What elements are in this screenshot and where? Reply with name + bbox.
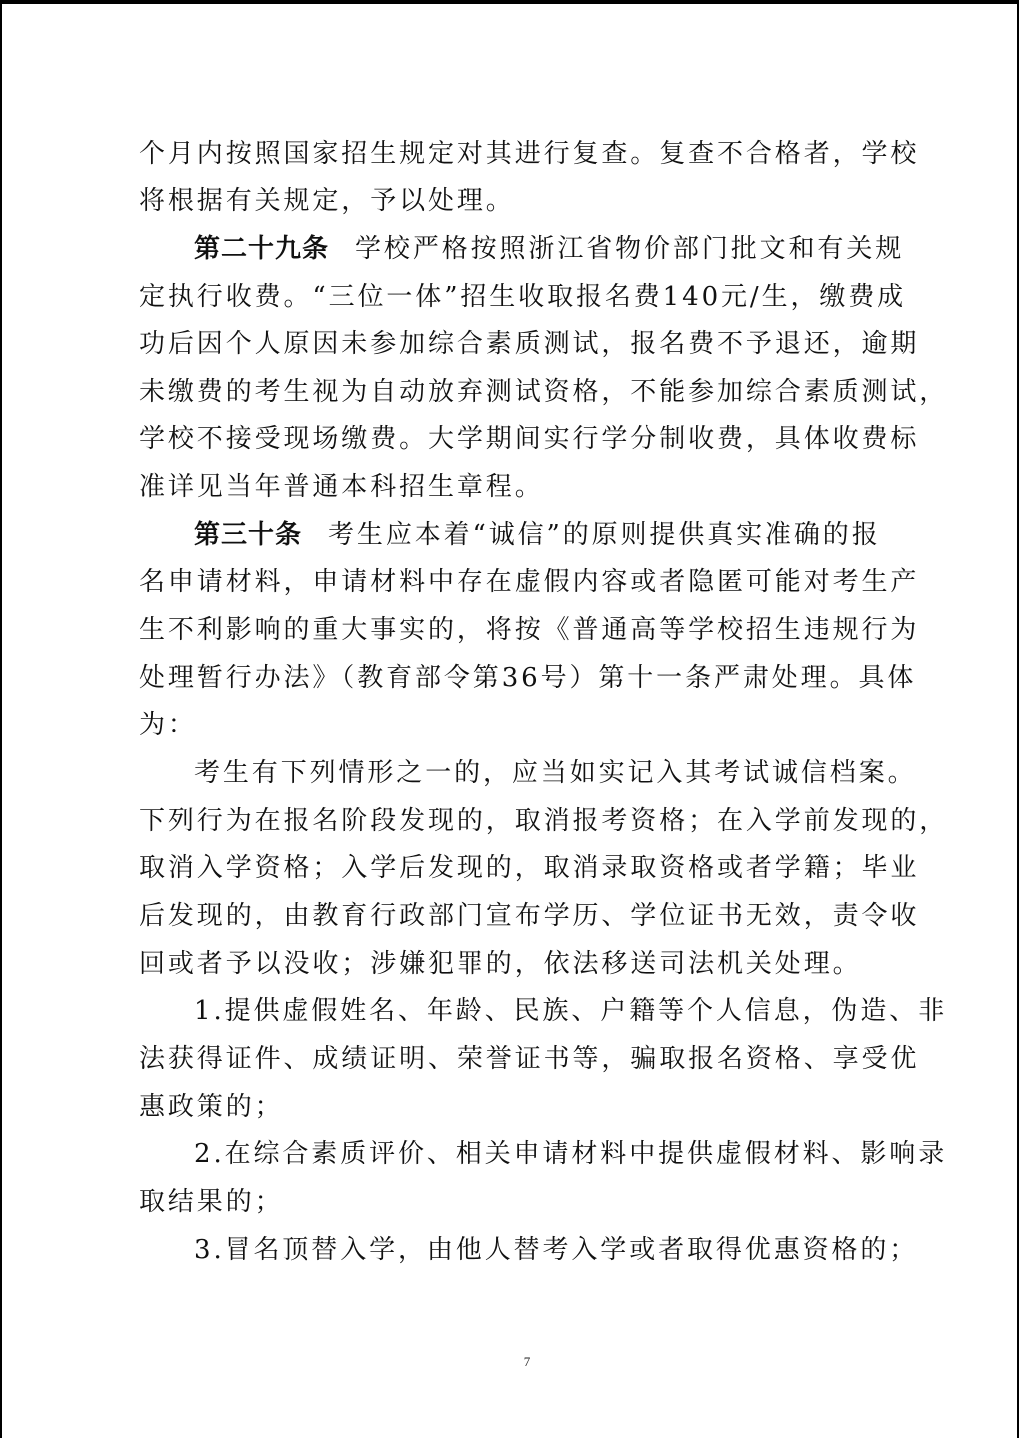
article-heading: 第三十条 (194, 520, 302, 550)
text-line: 生不利影响的重大事实的，将按《普通高等学校招生违规行为 (139, 612, 919, 648)
list-item-1: 1.提供虚假姓名、年龄、民族、户籍等个人信息，伪造、非 (194, 993, 947, 1029)
text-line: 未缴费的考生视为自动放弃测试资格，不能参加综合素质测试， (139, 374, 948, 410)
article-text: 考生应本着“诚信”的原则提供真实准确的报 (328, 520, 881, 550)
text-line: 为： (139, 707, 197, 743)
list-item-2: 2.在综合素质评价、相关申请材料中提供虚假材料、影响录 (194, 1136, 947, 1172)
article-heading: 第二十九条 (194, 234, 329, 264)
text-line: 取结果的； (139, 1184, 284, 1220)
text-line: 取消入学资格；入学后发现的，取消录取资格或者学籍；毕业 (139, 850, 919, 886)
text-line: 准详见当年普通本科招生章程。 (139, 469, 544, 505)
list-item-3: 3.冒名顶替入学，由他人替考入学或者取得优惠资格的； (194, 1232, 918, 1268)
article-29-line: 第二十九条学校严格按照浙江省物价部门批文和有关规 (194, 231, 904, 267)
text-line: 回或者予以没收；涉嫌犯罪的，依法移送司法机关处理。 (139, 946, 862, 982)
text-line: 将根据有关规定，予以处理。 (139, 183, 515, 219)
text-line: 惠政策的； (139, 1089, 284, 1125)
article-30-line: 第三十条考生应本着“诚信”的原则提供真实准确的报 (194, 517, 881, 553)
article-text: 学校严格按照浙江省物价部门批文和有关规 (355, 234, 904, 264)
text-line: 定执行收费。“三位一体”招生收取报名费140元/生，缴费成 (139, 279, 906, 315)
page-number: 7 (2, 1354, 1019, 1370)
text-line: 名申请材料，申请材料中存在虚假内容或者隐匿可能对考生产 (139, 564, 919, 600)
text-line: 处理暂行办法》（教育部令第36号）第十一条严肃处理。具体 (139, 660, 916, 696)
text-line: 考生有下列情形之一的，应当如实记入其考试诚信档案。 (194, 755, 917, 791)
text-line: 学校不接受现场缴费。大学期间实行学分制收费，具体收费标 (139, 421, 919, 457)
text-line: 下列行为在报名阶段发现的，取消报考资格；在入学前发现的， (139, 803, 948, 839)
text-line: 后发现的，由教育行政部门宣布学历、学位证书无效，责令收 (139, 898, 919, 934)
text-line: 法获得证件、成绩证明、荣誉证书等，骗取报名资格、享受优 (139, 1041, 919, 1077)
text-line: 个月内按照国家招生规定对其进行复查。复查不合格者，学校 (139, 136, 919, 172)
document-page: 个月内按照国家招生规定对其进行复查。复查不合格者，学校 将根据有关规定，予以处理… (0, 0, 1019, 1438)
text-line: 功后因个人原因未参加综合素质测试，报名费不予退还，逾期 (139, 326, 919, 362)
